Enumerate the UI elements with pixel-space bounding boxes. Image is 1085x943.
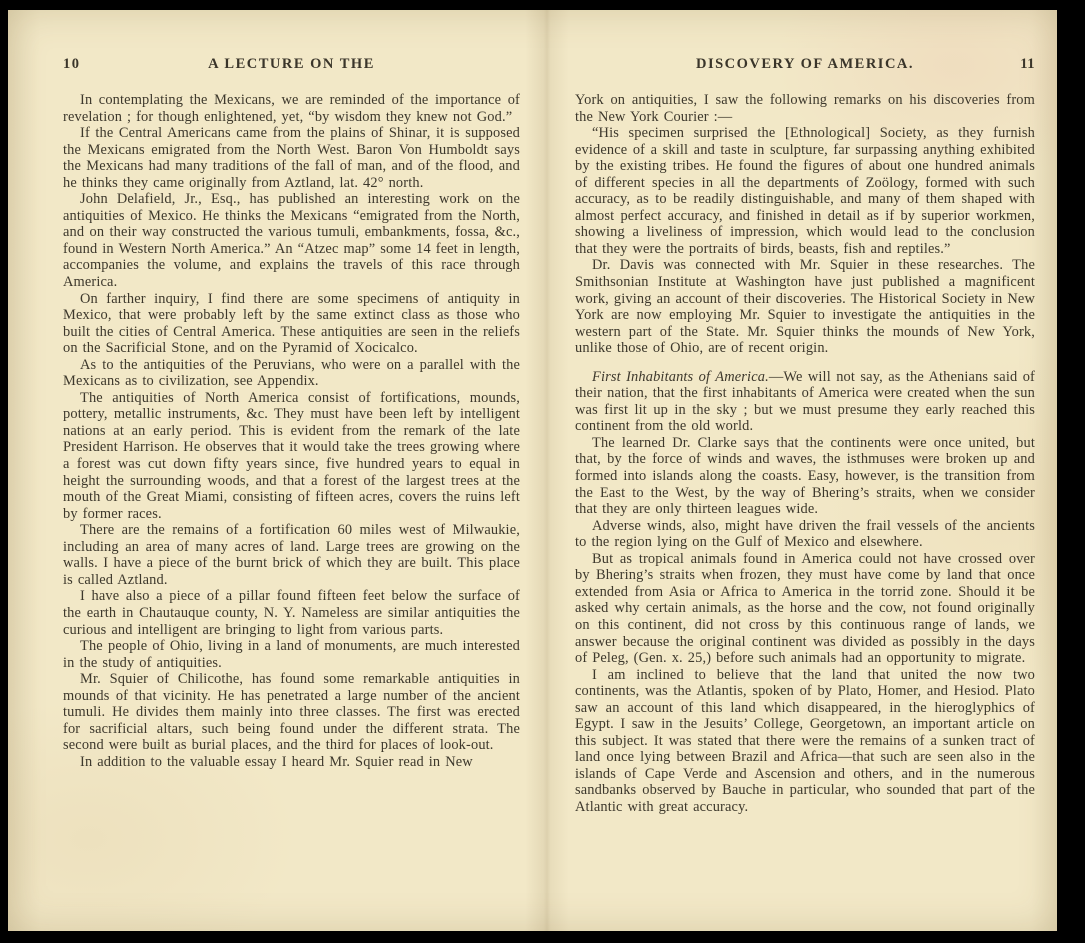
paragraph-continuation: York on antiquities, I saw the following… xyxy=(575,92,1035,125)
paragraph: “His specimen surprised the [Ethnologica… xyxy=(575,125,1035,257)
paragraph: But as tropical animals found in America… xyxy=(575,551,1035,667)
paragraph: As to the antiquities of the Peruvians, … xyxy=(63,357,520,390)
paragraph: The people of Ohio, living in a land of … xyxy=(63,638,520,671)
left-page-number: 10 xyxy=(63,56,123,73)
section-paragraph: First Inhabitants of America.—We will no… xyxy=(575,369,1035,435)
right-running-title: DISCOVERY OF AMERICA. xyxy=(635,56,975,73)
book-sheet: 10 A LECTURE ON THE In contemplating the… xyxy=(8,10,1057,931)
right-page-text: York on antiquities, I saw the following… xyxy=(575,92,1035,816)
paragraph: If the Central Americans came from the p… xyxy=(63,125,520,191)
left-page-text: In contemplating the Mexicans, we are re… xyxy=(63,92,520,770)
paragraph: The learned Dr. Clarke says that the con… xyxy=(575,435,1035,518)
paragraph: Mr. Squier of Chilicothe, has found some… xyxy=(63,671,520,754)
paragraph: On farther inquiry, I find there are som… xyxy=(63,291,520,357)
right-running-head: DISCOVERY OF AMERICA. 11 xyxy=(575,56,1035,73)
paragraph: I have also a piece of a pillar found fi… xyxy=(63,588,520,638)
paragraph: The antiquities of North America consist… xyxy=(63,390,520,522)
paragraph: John Delafield, Jr., Esq., has published… xyxy=(63,191,520,290)
paragraph: I am inclined to believe that the land t… xyxy=(575,667,1035,816)
paragraph: In addition to the valuable essay I hear… xyxy=(63,754,520,771)
right-page-number: 11 xyxy=(975,56,1035,73)
section-title-italic: First Inhabitants of America. xyxy=(592,369,769,385)
book-scan-spread: 10 A LECTURE ON THE In contemplating the… xyxy=(0,0,1085,943)
paragraph: Adverse winds, also, might have driven t… xyxy=(575,518,1035,551)
paragraph: There are the remains of a fortification… xyxy=(63,522,520,588)
left-running-title: A LECTURE ON THE xyxy=(123,56,460,73)
left-running-head: 10 A LECTURE ON THE xyxy=(63,56,520,73)
paragraph: In contemplating the Mexicans, we are re… xyxy=(63,92,520,125)
paragraph: Dr. Davis was connected with Mr. Squier … xyxy=(575,257,1035,356)
right-page: DISCOVERY OF AMERICA. 11 York on antiqui… xyxy=(545,10,1057,931)
left-page: 10 A LECTURE ON THE In contemplating the… xyxy=(8,10,545,931)
